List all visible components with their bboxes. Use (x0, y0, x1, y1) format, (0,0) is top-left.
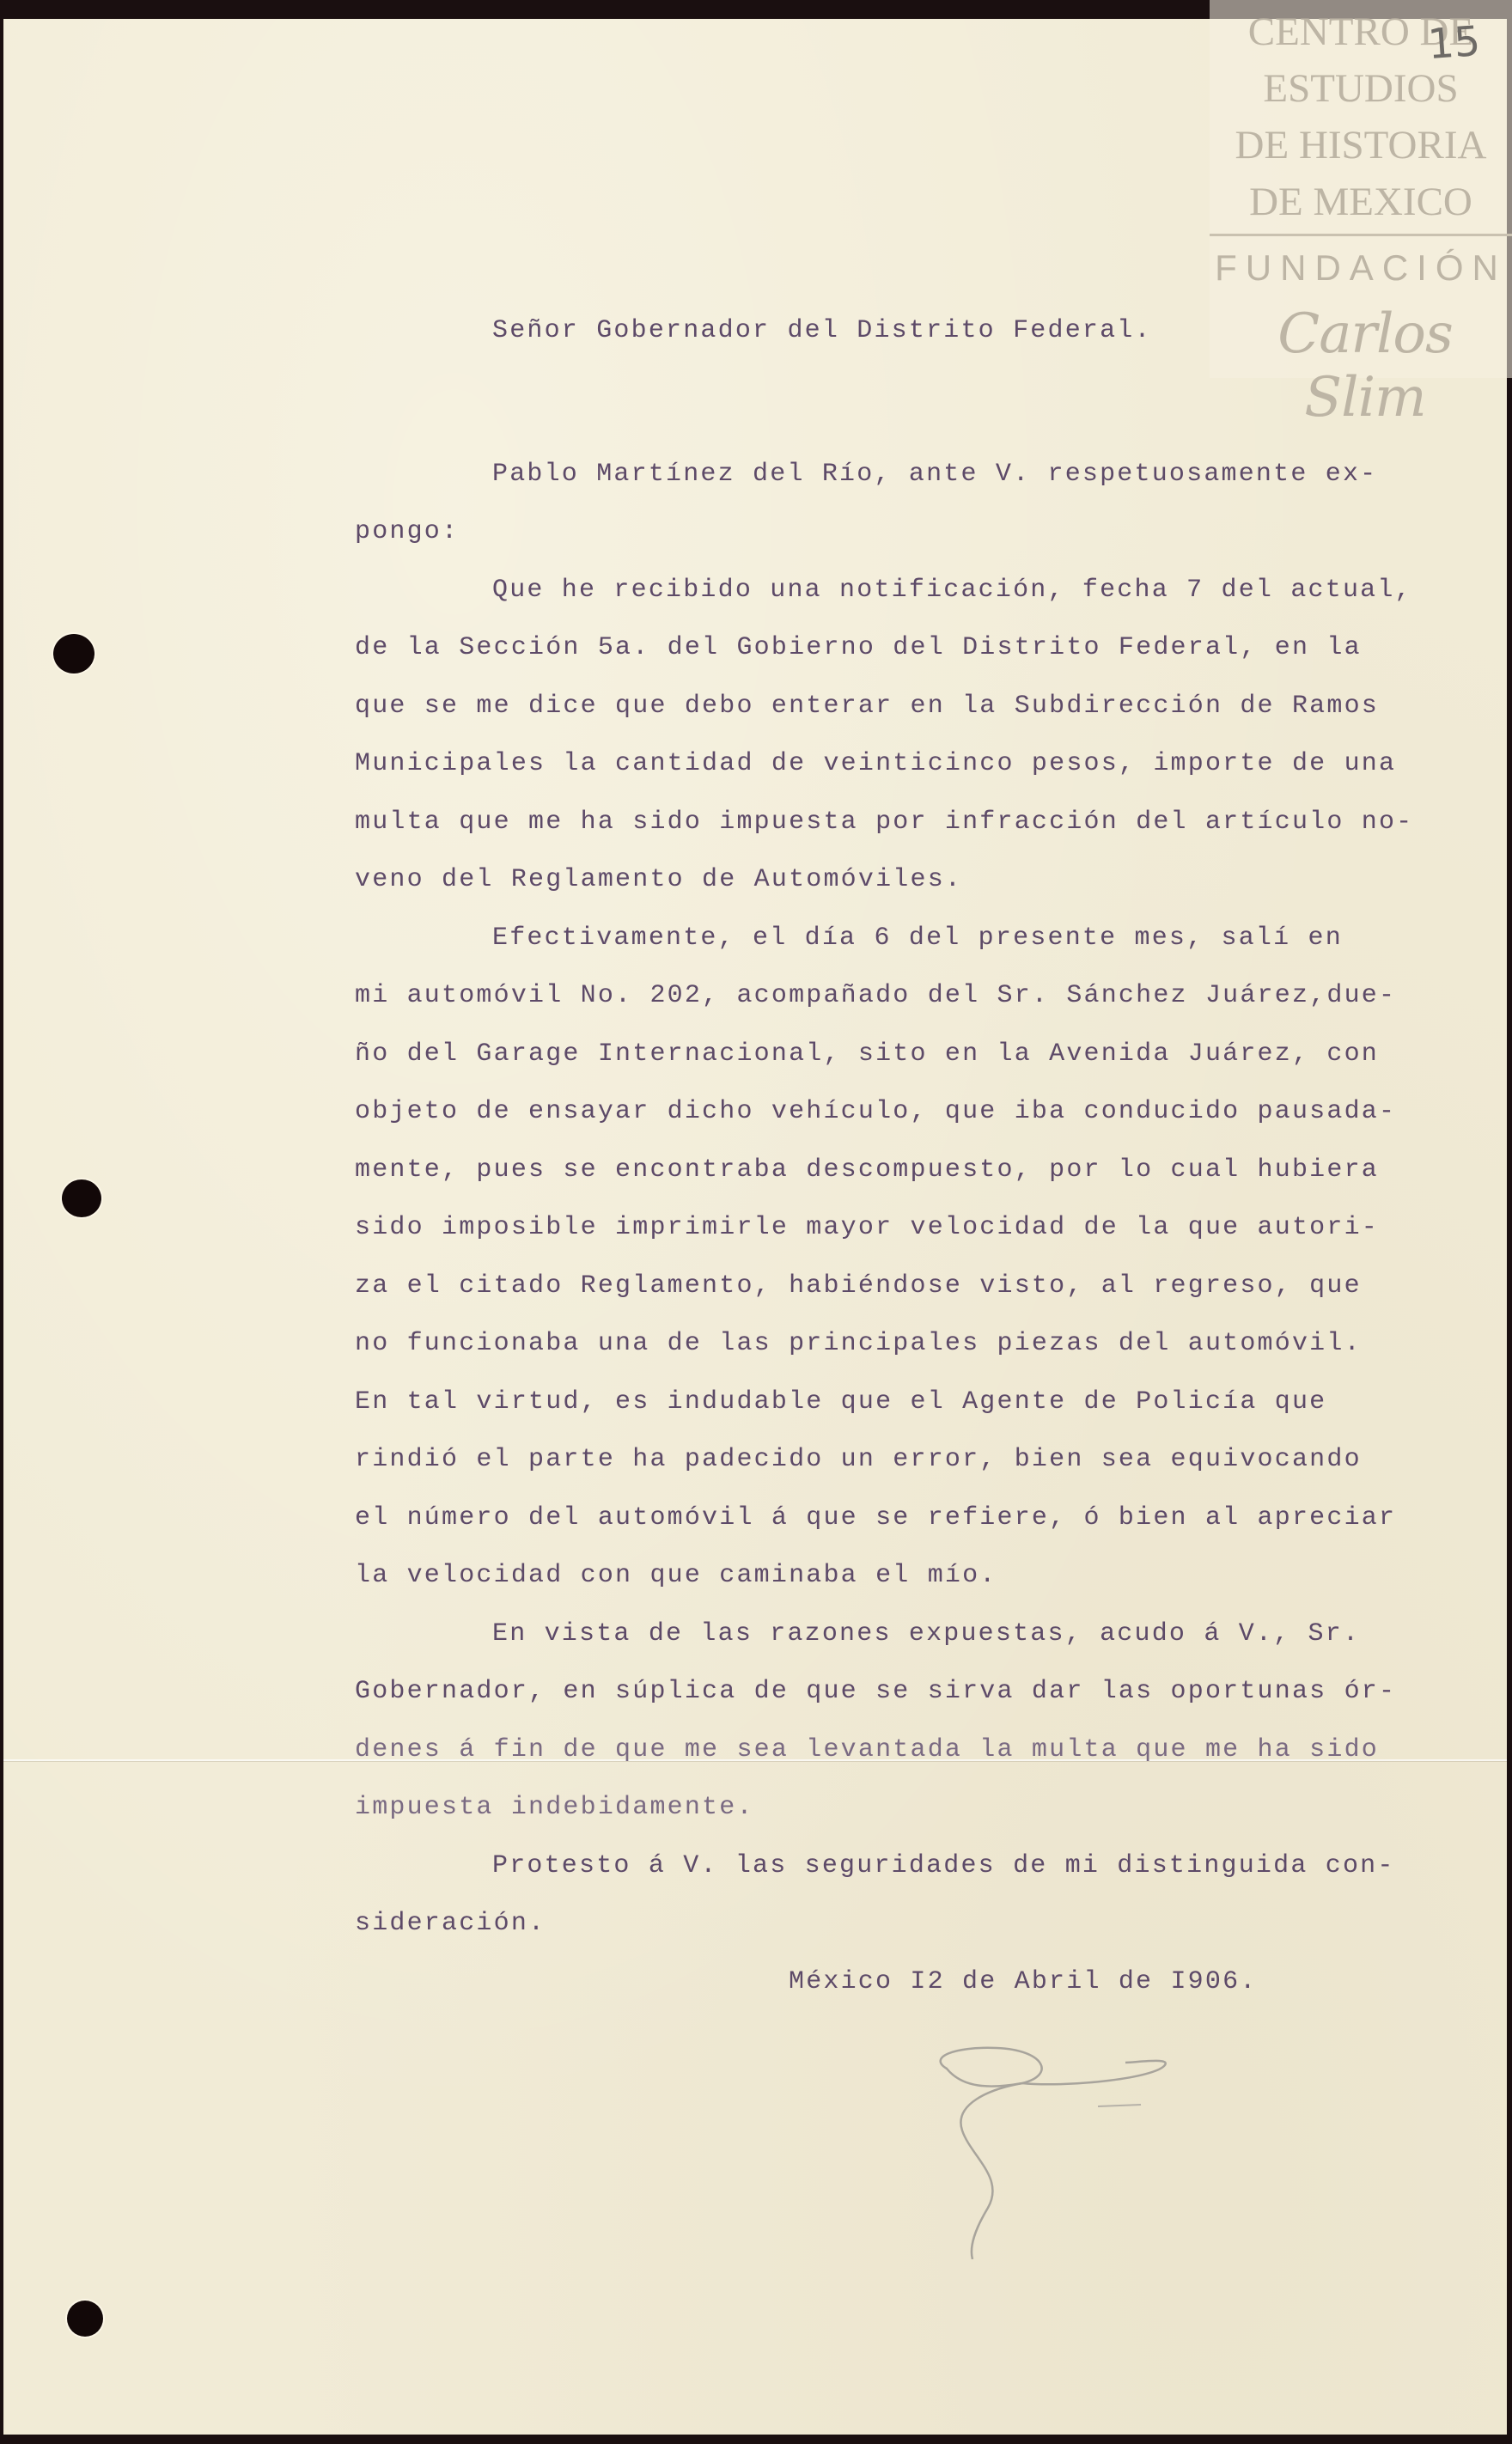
letter-line: pongo: (355, 517, 459, 546)
letter-line: Pablo Martínez del Río, ante V. respetuo… (492, 460, 1377, 489)
punch-hole-middle (62, 1179, 101, 1217)
page-number: 15 (1426, 17, 1482, 69)
letter-line: el número del automóvil á que se refiere… (355, 1503, 1396, 1533)
watermark-line: DE HISTORIA (1210, 117, 1512, 174)
letter-line: que se me dice que debo enterar en la Su… (355, 692, 1379, 721)
letter-line: ño del Garage Internacional, sito en la … (355, 1039, 1379, 1069)
watermark-foundation-label: FUNDACIÓN (1210, 247, 1512, 289)
letter-line: za el citado Reglamento, habiéndose vist… (355, 1271, 1362, 1301)
watermark-line: ESTUDIOS (1210, 60, 1512, 117)
letter-line: Efectivamente, el día 6 del presente mes… (492, 923, 1343, 953)
letter-line: En tal virtud, es indudable que el Agent… (355, 1387, 1326, 1417)
letter-line: Gobernador, en súplica de que se sirva d… (355, 1677, 1396, 1706)
letter-line: veno del Reglamento de Automóviles. (355, 865, 962, 894)
letter-line: objeto de ensayar dicho vehículo, que ib… (355, 1097, 1396, 1126)
letter-line: En vista de las razones expuestas, acudo… (492, 1619, 1360, 1649)
letter-line: de la Sección 5a. del Gobierno del Distr… (355, 633, 1362, 662)
letter-line: Protesto á V. las seguridades de mi dist… (492, 1851, 1395, 1880)
letter-line: la velocidad con que caminaba el mío. (355, 1561, 997, 1590)
watermark-divider (1210, 234, 1512, 236)
letter-line: sideración. (355, 1909, 546, 1938)
handwritten-signature (893, 2036, 1168, 2259)
watermark-line: DE MEXICO (1210, 174, 1512, 230)
letter-line: multa que me ha sido impuesta por infrac… (355, 808, 1413, 837)
letter-line: Que he recibido una notificación, fecha … (492, 576, 1412, 605)
letter-line: mente, pues se encontraba descompuesto, … (355, 1155, 1379, 1185)
date-line: México I2 de Abril de I906. (789, 1967, 1257, 1996)
letter-line: denes á fin de que me sea levantada la m… (355, 1735, 1379, 1764)
salutation: Señor Gobernador del Distrito Federal. (492, 316, 1152, 345)
letter-line: mi automóvil No. 202, acompañado del Sr.… (355, 981, 1396, 1010)
punch-hole-top (53, 634, 94, 673)
letter-line: sido imposible imprimirle mayor velocida… (355, 1213, 1379, 1242)
letter-line: impuesta indebidamente. (355, 1793, 754, 1822)
letter-line: rindió el parte ha padecido un error, bi… (355, 1445, 1362, 1474)
punch-hole-bottom (67, 2301, 103, 2337)
letter-line: Municipales la cantidad de veinticinco p… (355, 749, 1396, 778)
letter-line: no funcionaba una de las principales pie… (355, 1329, 1362, 1358)
watermark-foundation-name: Carlos Slim (1218, 302, 1512, 430)
